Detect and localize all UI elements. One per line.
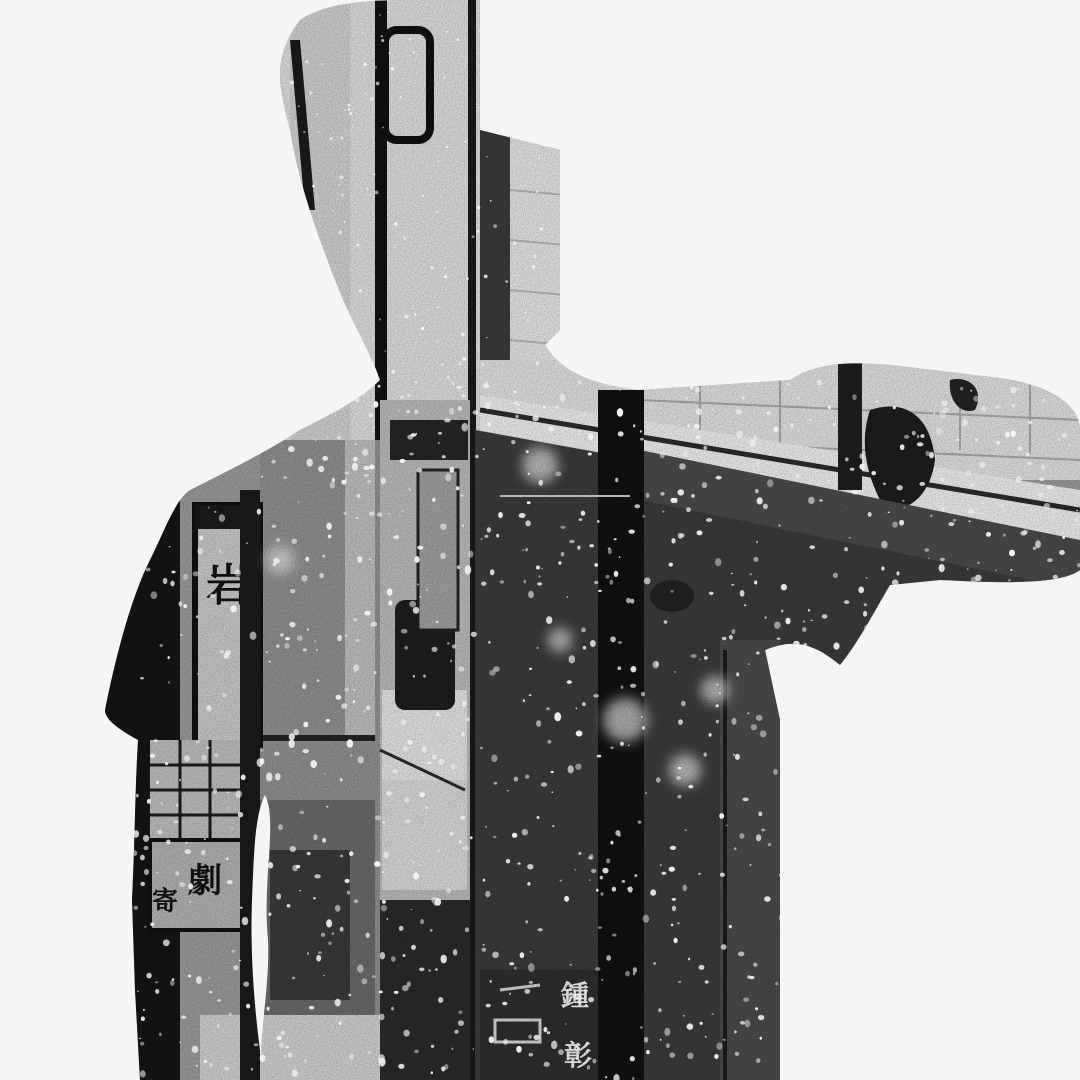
double-exposure-photo: 岩 劇 寄 鍾 彰 [0,0,1080,1080]
silhouette-fill: 岩 劇 寄 鍾 彰 [0,0,1080,1080]
photo-canvas: 岩 劇 寄 鍾 彰 [0,0,1080,1080]
